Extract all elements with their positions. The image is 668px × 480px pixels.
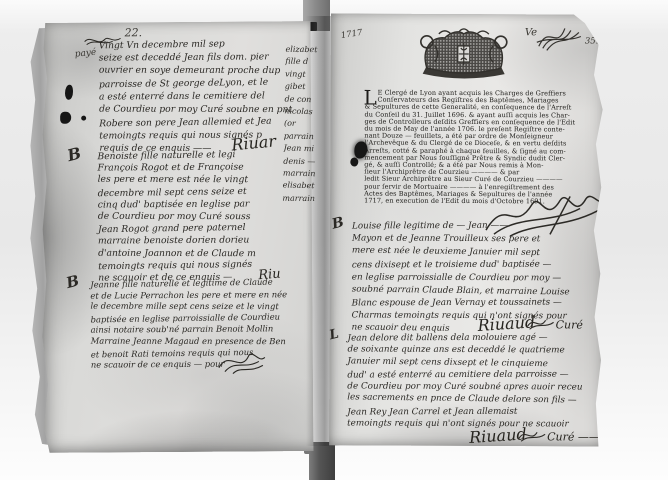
corner-signature-flourish-icon — [535, 22, 583, 52]
entry-line: decembre mil sept cens seize et — [98, 185, 256, 200]
entry-line: seize est deceddé Jean fils dom. pier — [99, 50, 292, 64]
ink-blot — [81, 116, 86, 121]
left-page: 22. payé Vingt Vn decembre mil sepseize … — [39, 21, 314, 453]
entry-line: temoingts requis qui nous signés — [98, 259, 256, 274]
entry-paraph: B — [65, 143, 83, 165]
ink-smudge — [350, 157, 358, 166]
entry-paraph: B — [330, 214, 345, 232]
entry-line: cinq dud' baptisée en leglise par — [98, 198, 256, 211]
folio-number: 35. — [585, 37, 599, 47]
scanned-register-spread: 22. payé Vingt Vn decembre mil sepseize … — [0, 0, 668, 480]
entry-line: Jean delore dit ballens dela molouiere a… — [348, 331, 583, 344]
entry-line: Jean Rey Jean Carrel et Jean allemaist — [347, 405, 582, 418]
clergy-stamp-icon — [413, 28, 515, 84]
signature-flourish-icon — [517, 426, 547, 444]
year-margin-note: 1717 — [340, 28, 363, 41]
entry-line: les pere et mere est née le vingt — [98, 174, 256, 187]
entry-burial-delore: Jean delore dit ballens dela molouiere a… — [347, 331, 583, 430]
signature-flourish-icon — [526, 314, 556, 332]
entry-line: Louise fille legitime de — Jean —— — [352, 219, 570, 233]
entry-line: a esté enterré dans le cemitiere del — [99, 89, 292, 103]
ink-blot — [65, 85, 73, 100]
margin-note: payé — [74, 48, 96, 60]
cure-title: Curé —— — [547, 430, 600, 443]
signature-flourish-icon — [215, 347, 267, 375]
entry-line: en leglise parroissialle de Courdieu por… — [352, 271, 570, 285]
cure-title: Curé — [556, 318, 583, 331]
entry-line: Blanc espouse de Jean Vernay et toussain… — [352, 297, 570, 311]
printed-notice: E Clergé de Lyon ayant acquis les Charge… — [364, 90, 567, 206]
entry-line: marraine benoiste dorien dorieu — [98, 235, 256, 248]
entry-line: dud' a esté enterré au cemitiere dela pa… — [347, 368, 582, 381]
entry-line: cens dixisept et le troisieme dud' bapti… — [352, 258, 570, 272]
entry-paraph: L — [328, 327, 340, 344]
ink-blot — [60, 112, 71, 124]
entry-paraph: B — [64, 271, 81, 292]
right-page: 1717 Ve 35. L E Clergé de Lyon aya — [329, 13, 607, 446]
entry-line: Benoiste fille naturelle et legi — [97, 149, 255, 164]
entry-baptism-benoiste: Benoiste fille naturelle et legiFrançois… — [97, 149, 256, 284]
